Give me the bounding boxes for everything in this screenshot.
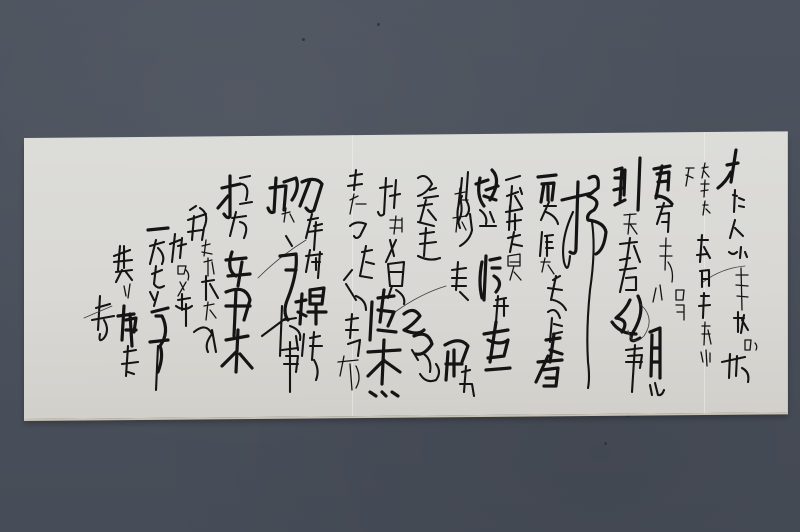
ink-column-16	[188, 206, 218, 352]
ink-column-11	[368, 178, 404, 396]
ink-column-9	[445, 172, 474, 396]
ink-column-5	[562, 176, 606, 388]
ink-column-6	[536, 175, 566, 386]
ink-column-19-signature	[84, 246, 138, 376]
ink-column-17	[170, 234, 192, 326]
ink-column-4	[612, 158, 649, 392]
ink-column-18	[148, 228, 168, 390]
calligraphy-ink	[0, 0, 800, 532]
ink-column-2	[686, 163, 711, 366]
ink-column-8	[476, 170, 510, 370]
ink-column-3	[650, 166, 684, 395]
ink-column-1	[703, 150, 757, 382]
ink-column-12	[338, 170, 374, 390]
ink-column-14	[258, 178, 306, 392]
ink-column-13	[296, 179, 326, 380]
ink-column-15	[218, 176, 252, 372]
ink-column-7	[506, 176, 522, 280]
